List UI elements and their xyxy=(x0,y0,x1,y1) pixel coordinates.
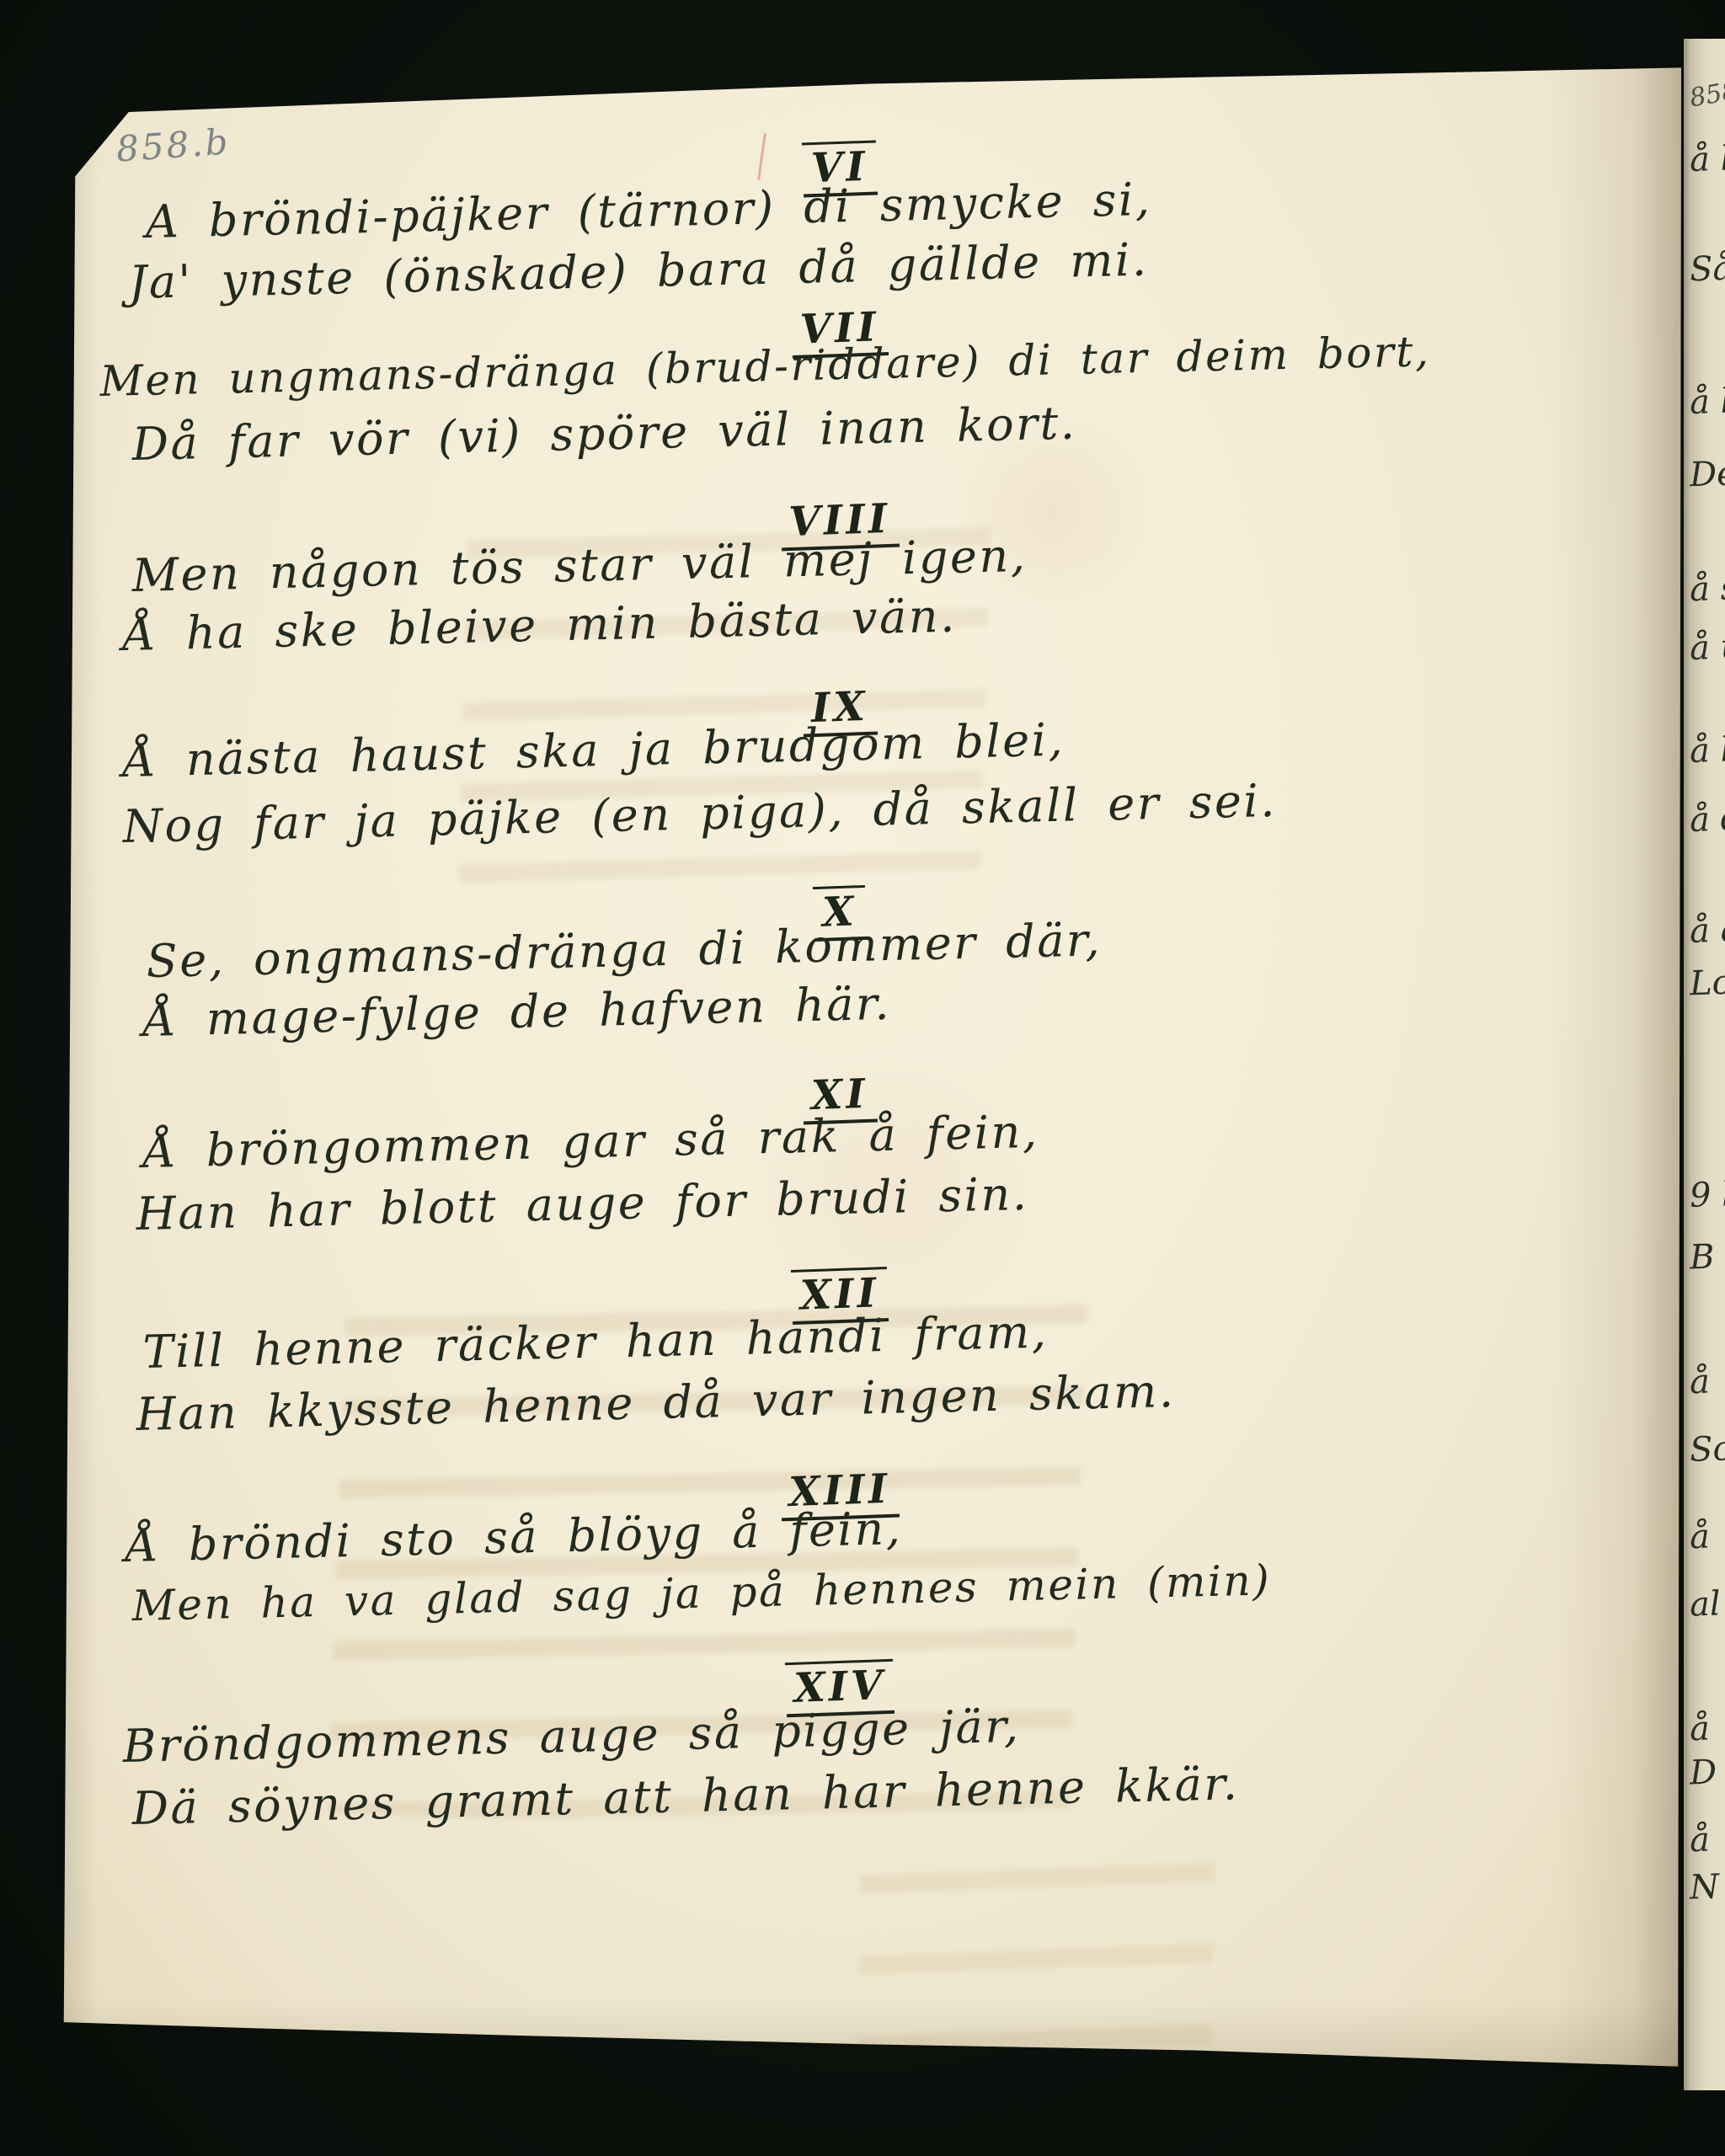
next-page-fragment: å d xyxy=(1689,799,1725,840)
next-page-fragment: å a xyxy=(1689,910,1725,951)
ink-bleed-through xyxy=(857,1831,1215,2056)
next-page-fragment: å sp xyxy=(1689,568,1725,610)
next-page-fragment: å xyxy=(1689,1710,1710,1749)
photographed-manuscript-scene: 858.b VI A bröndi-päjker (tärnor) di smy… xyxy=(0,0,1725,2156)
next-page-fragment: å xyxy=(1689,1518,1710,1557)
next-page-fragment: Lon xyxy=(1689,963,1725,1004)
next-page-fragment: å b xyxy=(1689,730,1725,771)
next-page-fragment: So xyxy=(1689,1429,1725,1470)
next-page-fragment: å xyxy=(1689,1821,1710,1860)
next-page-archive-number: 858. xyxy=(1687,74,1725,113)
next-page-fragment: Så t xyxy=(1689,248,1725,290)
next-page-fragment: N xyxy=(1689,1867,1720,1907)
next-page-fragment: D xyxy=(1689,1753,1717,1792)
next-page-fragment: B xyxy=(1689,1238,1715,1278)
next-page-edge: 858. å b Så t å b Der å sp å u å b å d å… xyxy=(1684,39,1725,2090)
next-page-fragment: å u xyxy=(1689,627,1725,668)
next-page-fragment: å xyxy=(1689,1363,1710,1402)
next-page-fragment: al xyxy=(1689,1584,1721,1624)
next-page-fragment: Der xyxy=(1689,454,1725,495)
next-page-fragment: å b xyxy=(1689,139,1725,179)
next-page-fragment: 9 l xyxy=(1689,1175,1725,1215)
next-page-fragment: å b xyxy=(1689,382,1725,422)
archive-number-pencil: 858.b xyxy=(115,120,231,169)
